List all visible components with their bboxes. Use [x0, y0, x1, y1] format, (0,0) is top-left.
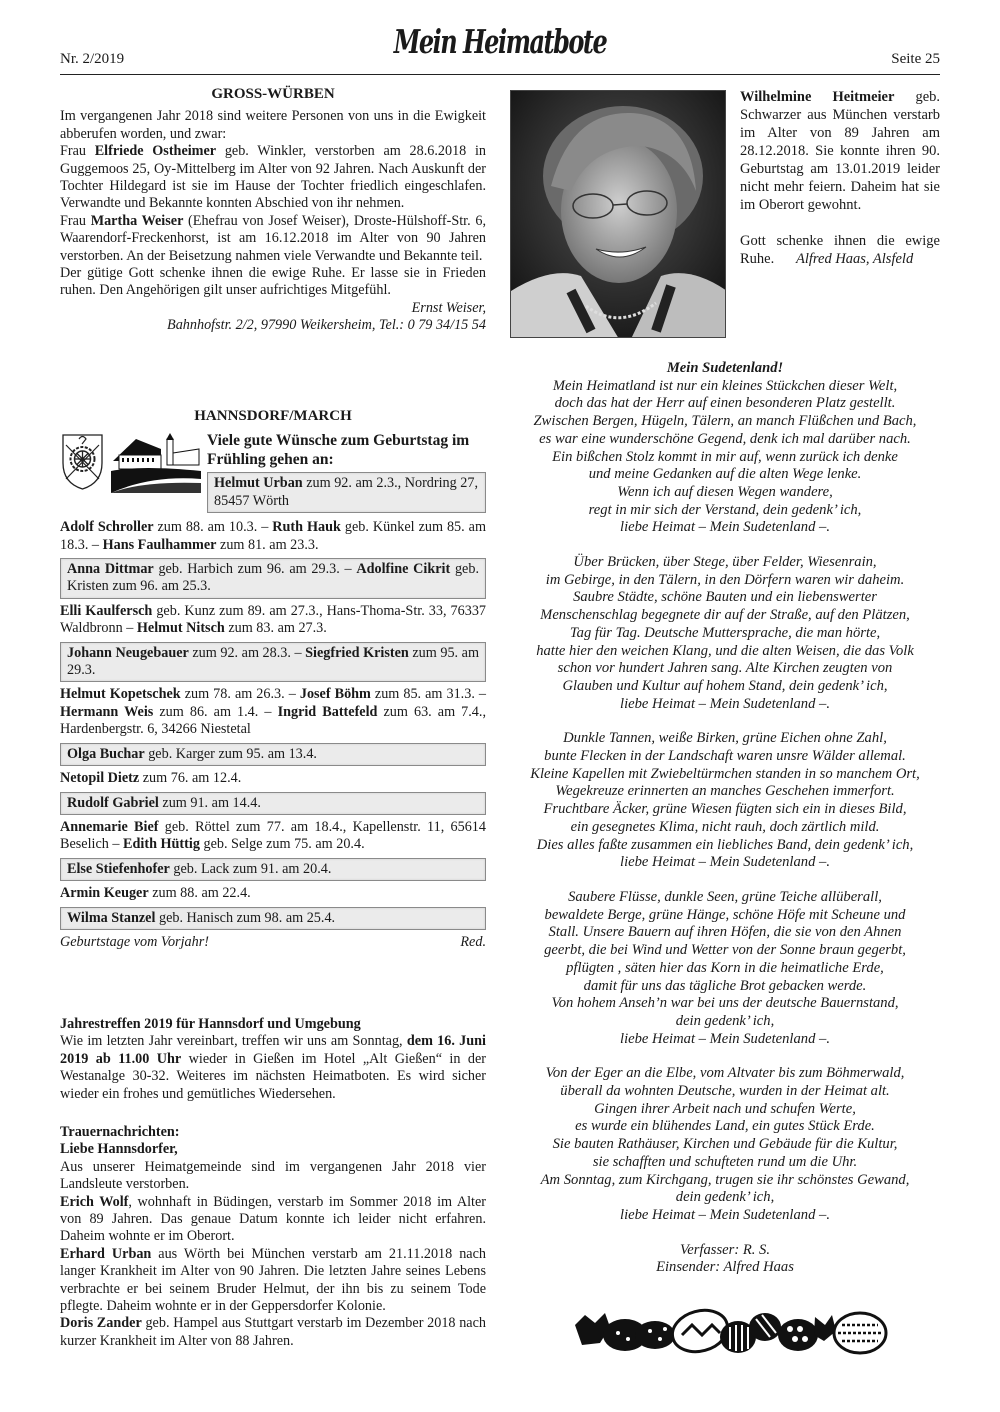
poem-line: und meine Gedanken auf die alten Wege le… — [505, 466, 945, 484]
entry-text: zum 81. am 23.3. — [216, 537, 318, 553]
poem-line: dein gedenk’ ich, — [505, 1013, 945, 1031]
obituary-weiser: Frau Martha Weiser (Ehefrau von Josef We… — [60, 213, 486, 265]
portrait-photo — [510, 90, 726, 338]
poem-stanza: Über Brücken, über Stege, über Felder, W… — [505, 554, 945, 713]
poem-line: Stall. Unsere Bauern auf ihren Höfen, di… — [505, 924, 945, 942]
poem-line: Wenn ich auf diesen Wegen wandere, — [505, 484, 945, 502]
poem-line: Ein bißchen Stolz kommt in mir auf, wenn… — [505, 449, 945, 467]
poem-line: liebe Heimat – Mein Sudetenland –. — [505, 696, 945, 714]
person-name: Else Stiefenhofer — [67, 861, 170, 877]
birthday-wishes: Viele gute Wünsche zum Geburtstag im Frü… — [207, 431, 486, 517]
footnote-text: Geburtstage vom Vorjahr! — [60, 934, 209, 951]
poem-line: es wurde ein blühendes Land, ein gutes S… — [505, 1118, 945, 1136]
town-illustration — [111, 431, 201, 493]
poem-line: Am Sonntag, zum Kirchgang, trugen sie ih… — [505, 1172, 945, 1190]
person-name: Siegfried Kristen — [305, 645, 409, 661]
signature-address: Bahnhofstr. 2/2, 97990 Weikersheim, Tel.… — [60, 317, 486, 334]
entry-text: zum 78. am 26.3. – — [181, 686, 300, 702]
birthday-entry-boxed: Else Stiefenhofer geb. Lack zum 91. am 2… — [60, 858, 486, 881]
person-name: Anna Dittmar — [67, 561, 154, 577]
obituary-urban: Erhard Urban aus Wörth bei München verst… — [60, 1246, 486, 1316]
annual-meeting-section: Jahrestreffen 2019 für Hannsdorf und Umg… — [60, 1016, 486, 1103]
mourning-intro: Aus unserer Heimatgemeinde sind im verga… — [60, 1159, 486, 1194]
poem-line: geerbt, die bei Wind und Wetter von der … — [505, 942, 945, 960]
person-name: Doris Zander — [60, 1315, 142, 1331]
meeting-text-part: Wie im letzten Jahr vereinbart, treffen … — [60, 1033, 407, 1049]
person-name: Hans Faulhammer — [103, 537, 217, 553]
person-name: Edith Hüttig — [123, 836, 200, 852]
issue-number: Nr. 2/2019 — [60, 51, 124, 68]
person-name: Johann Neugebauer — [67, 645, 189, 661]
birthday-entry-boxed: Wilma Stanzel geb. Hanisch zum 98. am 25… — [60, 907, 486, 930]
meeting-text: Wie im letzten Jahr vereinbart, treffen … — [60, 1033, 486, 1103]
birthday-entry-boxed: Anna Dittmar geb. Harbich zum 96. am 29.… — [60, 558, 486, 599]
entry-text: zum 91. am 14.4. — [159, 795, 261, 811]
poem-line: es war eine wunderschöne Gegend, denk ic… — [505, 431, 945, 449]
person-name: Wilhelmine Heitmeier — [740, 89, 894, 105]
poem-line: regt in mir sich der Verstand, dein gede… — [505, 502, 945, 520]
person-name: Netopil Dietz — [60, 770, 139, 786]
poem-line: überall da wohnten Deutsche, wurden in d… — [505, 1083, 945, 1101]
poem-line: schon vor hundert Jahren sang. Alte Kirc… — [505, 660, 945, 678]
person-name: Elli Kaulfersch — [60, 603, 152, 619]
entry-text: zum 83. am 27.3. — [225, 620, 327, 636]
entry-text: zum 92. am 28.3. – — [189, 645, 305, 661]
birthday-footnote: Geburtstage vom Vorjahr! Red. — [60, 934, 486, 951]
person-name: Helmut Kopetschek — [60, 686, 181, 702]
entry-text: zum 85. am 31.3. – — [371, 686, 486, 702]
poem-line: Dies alles faßte zusammen ein liebliches… — [505, 837, 945, 855]
poem-stanza: Dunkle Tannen, weiße Birken, grüne Eiche… — [505, 730, 945, 872]
person-name: Armin Keuger — [60, 885, 149, 901]
poem-line: hatte hier den weichen Klang, und die al… — [505, 643, 945, 661]
poem-line: Zwischen Bergen, Hügeln, Tälern, an manc… — [505, 413, 945, 431]
poem-line: Von hohem Anseh’n war bei uns der deutsc… — [505, 995, 945, 1013]
prefix: Frau — [60, 213, 91, 229]
obituary-text: geb. Schwarzer aus München verstarb im A… — [740, 89, 940, 213]
poem-stanza: Mein Heimatland ist nur ein kleines Stüc… — [505, 378, 945, 537]
poem-line: liebe Heimat – Mein Sudetenland –. — [505, 519, 945, 537]
poem-line: sie schafften und schufteten rund um die… — [505, 1154, 945, 1172]
poem-line: Von der Eger an die Elbe, vom Altvater b… — [505, 1065, 945, 1083]
page-number: Seite 25 — [891, 51, 940, 68]
poem-line: Saubere Flüsse, dunkle Seen, grüne Teich… — [505, 889, 945, 907]
signature: Alfred Haas, Alsfeld — [796, 251, 913, 267]
poem-line: ein gesegnetes Klima, nicht rauh, doch z… — [505, 819, 945, 837]
masthead-logo: Mein Heimatbote — [394, 30, 607, 53]
poem-line: Mein Heimatland ist nur ein kleines Stüc… — [505, 378, 945, 396]
person-name: Erhard Urban — [60, 1246, 151, 1262]
poem-stanza: Von der Eger an die Elbe, vom Altvater b… — [505, 1065, 945, 1224]
person-name: Helmut Urban — [214, 475, 303, 491]
poem-line: Dunkle Tannen, weiße Birken, grüne Eiche… — [505, 730, 945, 748]
birthday-list: Adolf Schroller zum 88. am 10.3. – Ruth … — [60, 519, 486, 930]
poem-title: Mein Sudetenland! — [505, 360, 945, 378]
poem-line: bunte Flecken in der Landschaft waren un… — [505, 748, 945, 766]
signature-name: Ernst Weiser, — [60, 300, 486, 317]
poem-mein-sudetenland: Mein Sudetenland! Mein Heimatland ist nu… — [505, 360, 945, 1277]
editor-mark: Red. — [460, 934, 486, 951]
person-name: Erich Wolf — [60, 1194, 128, 1210]
person-name: Adolf Schroller — [60, 519, 154, 535]
person-name: Wilma Stanzel — [67, 910, 155, 926]
entry-text: zum 88. am 22.4. — [149, 885, 251, 901]
person-name: Elfriede Ostheimer — [95, 143, 216, 159]
birthday-entry: Annemarie Bief geb. Röttel zum 77. am 18… — [60, 819, 486, 854]
person-name: Ingrid Battefeld — [278, 704, 378, 720]
mourning-title: Trauernachrichten: — [60, 1124, 486, 1141]
entry-text: zum 88. am 10.3. – — [154, 519, 273, 535]
poem-line: liebe Heimat – Mein Sudetenland –. — [505, 1207, 945, 1225]
person-name: Olga Buchar — [67, 746, 145, 762]
poem-line: Über Brücken, über Stege, über Felder, W… — [505, 554, 945, 572]
poem-line: Tag für Tag. Deutsche Muttersprache, die… — [505, 625, 945, 643]
poem-sender: Einsender: Alfred Haas — [505, 1259, 945, 1277]
page-header: Nr. 2/2019 Mein Heimatbote Seite 25 — [60, 30, 940, 75]
birthday-entry: Armin Keuger zum 88. am 22.4. — [60, 885, 486, 902]
obituary-heitmeier: Wilhelmine Heitmeier geb. Schwarzer aus … — [740, 88, 940, 268]
person-name: Josef Böhm — [300, 686, 371, 702]
entry-text: zum 86. am 1.4. – — [153, 704, 277, 720]
section-title: GROSS-WÜRBEN — [60, 86, 486, 103]
person-name: Ruth Hauk — [272, 519, 341, 535]
closing-text: Der gütige Gott schenke ihnen die ewige … — [60, 265, 486, 300]
obituary-ostheimer: Frau Elfriede Ostheimer geb. Winkler, ve… — [60, 143, 486, 213]
entry-text: geb. Harbich zum 96. am 29.3. – — [154, 561, 357, 577]
poem-line: Saubre Städte, schöne Bauten und ein lie… — [505, 589, 945, 607]
birthday-entry: Netopil Dietz zum 76. am 12.4. — [60, 770, 486, 787]
portrait-image — [511, 91, 726, 338]
birthday-header: Viele gute Wünsche zum Geburtstag im Frü… — [60, 431, 486, 517]
poem-line: Menschenschlag begegnete dir auf der Str… — [505, 607, 945, 625]
entry-text: zum 76. am 12.4. — [139, 770, 241, 786]
prefix: Frau — [60, 143, 95, 159]
obituary-wolf: Erich Wolf, wohnhaft in Büdingen, versta… — [60, 1194, 486, 1246]
poem-author: Verfasser: R. S. — [505, 1242, 945, 1260]
entry-text: geb. Karger zum 95. am 13.4. — [145, 746, 317, 762]
obituary-body: Wilhelmine Heitmeier geb. Schwarzer aus … — [740, 88, 940, 214]
easter-eggs-ornament — [570, 1305, 890, 1360]
poem-line: doch das hat der Herr auf einen besonder… — [505, 395, 945, 413]
poem-stanzas: Mein Heimatland ist nur ein kleines Stüc… — [505, 378, 945, 1225]
poem-line: dein gedenk’ ich, — [505, 1189, 945, 1207]
wishes-title: Viele gute Wünsche zum Geburtstag im Frü… — [207, 431, 486, 469]
coat-of-arms-icon — [60, 431, 105, 491]
poem-line: Kleine Kapellen mit Zwiebeltürmchen stan… — [505, 766, 945, 784]
birthday-entry-boxed: Johann Neugebauer zum 92. am 28.3. – Sie… — [60, 642, 486, 683]
poem-line: damit für uns das tägliche Brot gebacken… — [505, 978, 945, 996]
birthday-entry: Elli Kaulfersch geb. Kunz zum 89. am 27.… — [60, 603, 486, 638]
poem-line: pflügten , säten hier das Korn in die he… — [505, 960, 945, 978]
birthday-entry-boxed: Olga Buchar geb. Karger zum 95. am 13.4. — [60, 743, 486, 766]
birthday-entry-boxed: Rudolf Gabriel zum 91. am 14.4. — [60, 792, 486, 815]
poem-line: Sie bauten Rathäuser, Kirchen und Gebäud… — [505, 1136, 945, 1154]
person-name: Hermann Weis — [60, 704, 153, 720]
entry-text: geb. Hanisch zum 98. am 25.4. — [155, 910, 335, 926]
poem-line: Wegekreuze erinnerten an manches Gescheh… — [505, 783, 945, 801]
poem-stanza: Saubere Flüsse, dunkle Seen, grüne Teich… — [505, 889, 945, 1048]
meeting-title: Jahrestreffen 2019 für Hannsdorf und Umg… — [60, 1016, 486, 1033]
poem-line: liebe Heimat – Mein Sudetenland –. — [505, 854, 945, 872]
gross-wuerben-section: GROSS-WÜRBEN Im vergangenen Jahr 2018 si… — [60, 86, 486, 335]
person-name: Adolfine Cikrit — [356, 561, 450, 577]
person-name: Annemarie Bief — [60, 819, 158, 835]
mourning-salutation: Liebe Hannsdorfer, — [60, 1141, 486, 1158]
poem-line: Gingen ihrer Arbeit nach und schufen Wer… — [505, 1101, 945, 1119]
person-name: Helmut Nitsch — [137, 620, 225, 636]
entry-text: geb. Selge zum 75. am 20.4. — [200, 836, 365, 852]
poem-line: im Gebirge, in den Tälern, in den Dörfer… — [505, 572, 945, 590]
birthday-entry-boxed: Helmut Urban zum 92. am 2.3., Nordring 2… — [207, 472, 486, 513]
poem-line: Fruchtbare Äcker, grüne Wiesen fügten si… — [505, 801, 945, 819]
poem-credits: Verfasser: R. S. Einsender: Alfred Haas — [505, 1242, 945, 1277]
birthday-entry: Adolf Schroller zum 88. am 10.3. – Ruth … — [60, 519, 486, 554]
obituary-zander: Doris Zander geb. Hampel aus Stuttgart v… — [60, 1315, 486, 1350]
mourning-section: Trauernachrichten: Liebe Hannsdorfer, Au… — [60, 1124, 486, 1350]
poem-line: bewaldete Berge, grüne Hänge, schöne Höf… — [505, 907, 945, 925]
intro-text: Im vergangenen Jahr 2018 sind weitere Pe… — [60, 108, 486, 143]
person-name: Rudolf Gabriel — [67, 795, 159, 811]
poem-line: Glauben und Kultur auf hohem Stand, dein… — [505, 678, 945, 696]
entry-text: geb. Lack zum 91. am 20.4. — [170, 861, 332, 877]
poem-line: liebe Heimat – Mein Sudetenland –. — [505, 1031, 945, 1049]
person-name: Martha Weiser — [91, 213, 184, 229]
closing-line: Gott schenke ihnen die ewige Ruhe. Alfre… — [740, 232, 940, 268]
section-title: HANNSDORF/MARCH — [60, 408, 486, 425]
hannsdorf-section: HANNSDORF/MARCH Viele gute Wünsch — [60, 408, 486, 951]
birthday-entry: Helmut Kopetschek zum 78. am 26.3. – Jos… — [60, 686, 486, 738]
